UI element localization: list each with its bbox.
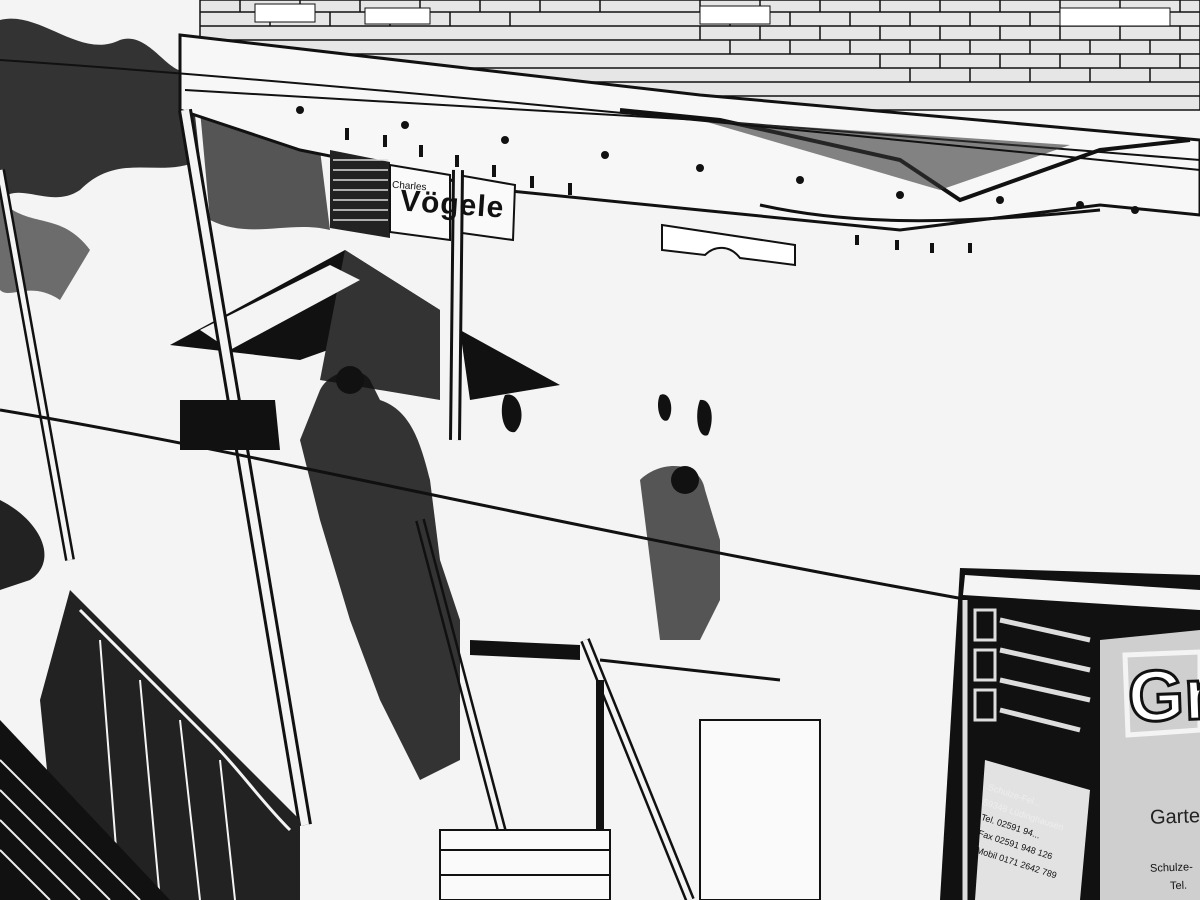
scene-drawing bbox=[0, 0, 1200, 900]
banner-footer-line-1: Schulze- bbox=[1150, 861, 1193, 874]
shop-sign-brand-text: Vögele bbox=[399, 184, 505, 225]
banner-sub-text: Garte bbox=[1150, 805, 1200, 830]
stall-table bbox=[0, 590, 300, 900]
hanging-plate bbox=[662, 225, 795, 265]
banner-big-letters: Gr bbox=[1127, 654, 1200, 739]
banner-footer-line-2: Tel. bbox=[1170, 880, 1188, 893]
street-market-photo: Charles Vögele Gr Garte Schulze- Tel. Sc… bbox=[0, 0, 1200, 900]
